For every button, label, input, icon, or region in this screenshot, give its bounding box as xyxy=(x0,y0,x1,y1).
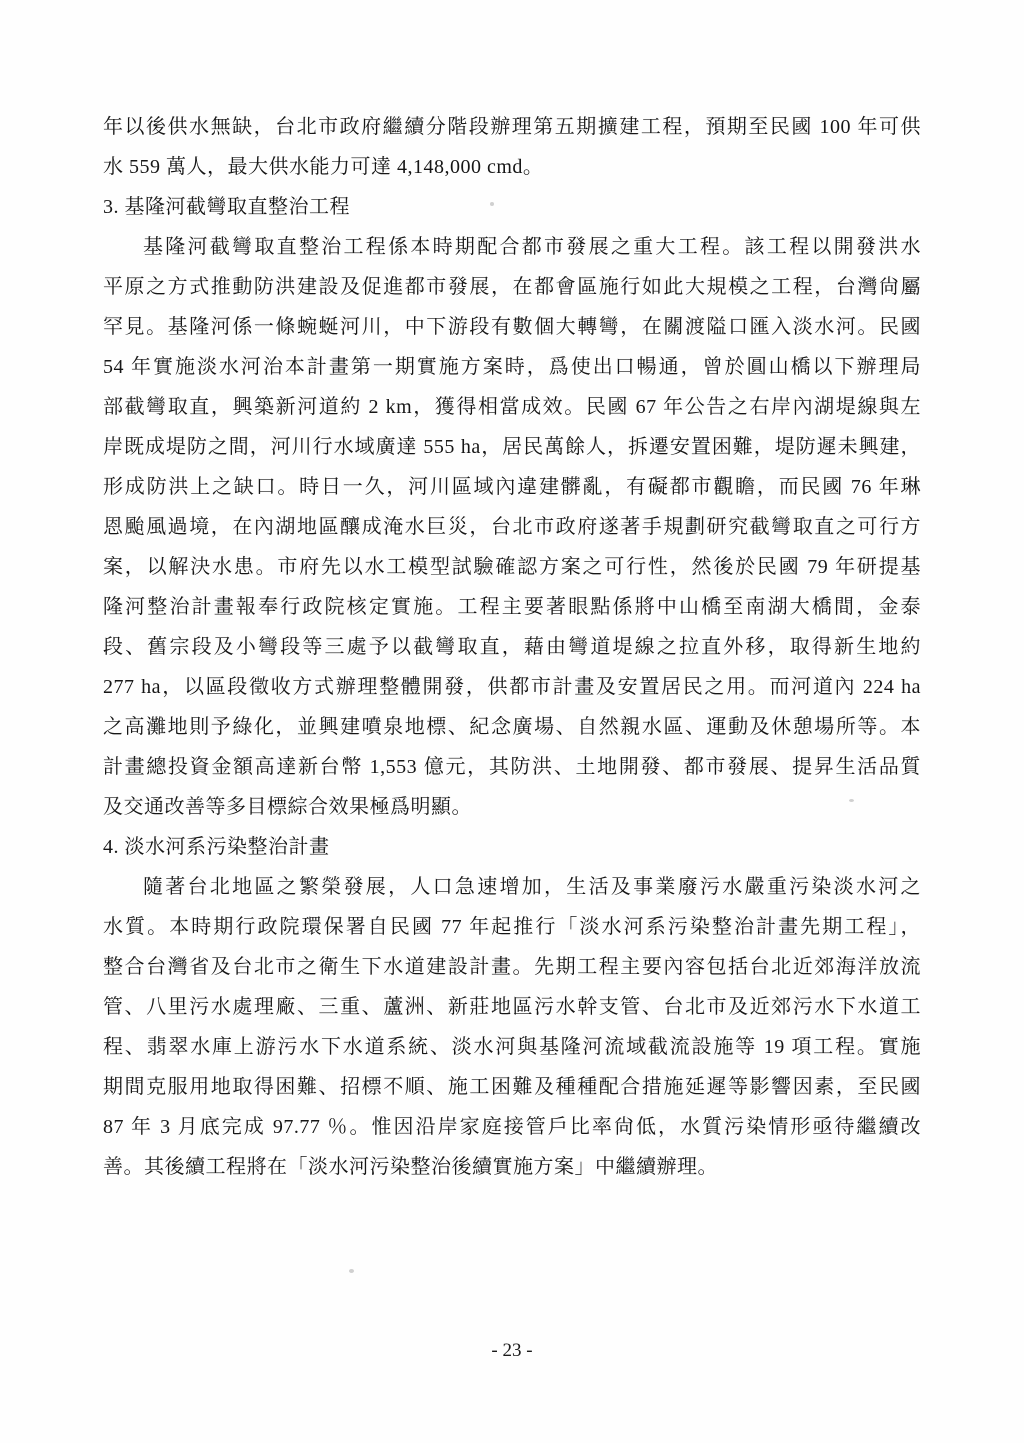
scan-speck xyxy=(349,1269,354,1273)
text-line: 程、翡翠水庫上游污水下水道系統、淡水河與基隆河流域截流設施等 19 項工程。實施 xyxy=(103,1027,921,1067)
text-line: 之高灘地則予綠化，並興建噴泉地標、紀念廣場、自然親水區、運動及休憩場所等。本 xyxy=(103,707,921,747)
text-line: 部截彎取直，興築新河道約 2 km，獲得相當成效。民國 67 年公告之右岸內湖堤… xyxy=(103,387,921,427)
text-line: 計畫總投資金額高達新台幣 1,553 億元，其防洪、土地開發、都市發展、提昇生活… xyxy=(103,747,921,787)
document-page: 年以後供水無缺，台北市政府繼續分階段辦理第五期擴建工程，預期至民國 100 年可… xyxy=(0,0,1024,1443)
section-heading: 3. 基隆河截彎取直整治工程 xyxy=(103,187,921,227)
content: 年以後供水無缺，台北市政府繼續分階段辦理第五期擴建工程，預期至民國 100 年可… xyxy=(103,107,921,1187)
text-line: 基隆河截彎取直整治工程係本時期配合都市發展之重大工程。該工程以開發洪水 xyxy=(103,227,921,267)
text-line: 罕見。基隆河係一條蜿蜒河川，中下游段有數個大轉彎，在關渡隘口匯入淡水河。民國 xyxy=(103,307,921,347)
text-line: 善。其後續工程將在「淡水河污染整治後續實施方案」中繼續辦理。 xyxy=(103,1147,921,1187)
text-line: 及交通改善等多目標綜合效果極爲明顯。 xyxy=(103,787,921,827)
text-line: 年以後供水無缺，台北市政府繼續分階段辦理第五期擴建工程，預期至民國 100 年可… xyxy=(103,107,921,147)
text-line: 隨著台北地區之繁榮發展，人口急速增加，生活及事業廢污水嚴重污染淡水河之 xyxy=(103,867,921,907)
text-line: 水 559 萬人，最大供水能力可達 4,148,000 cmd。 xyxy=(103,147,921,187)
text-line: 水質。本時期行政院環保署自民國 77 年起推行「淡水河系污染整治計畫先期工程」， xyxy=(103,907,921,947)
text-line: 形成防洪上之缺口。時日一久，河川區域內違建髒亂，有礙都市觀瞻，而民國 76 年琳 xyxy=(103,467,921,507)
text-line: 恩颱風過境，在內湖地區釀成淹水巨災，台北市政府遂著手規劃研究截彎取直之可行方 xyxy=(103,507,921,547)
text-line: 岸既成堤防之間，河川行水域廣達 555 ha，居民萬餘人，拆遷安置困難，堤防遲未… xyxy=(103,427,921,467)
text-line: 管、八里污水處理廠、三重、蘆洲、新莊地區污水幹支管、台北市及近郊污水下水道工 xyxy=(103,987,921,1027)
text-line: 段、舊宗段及小彎段等三處予以截彎取直，藉由彎道堤線之拉直外移，取得新生地約 xyxy=(103,627,921,667)
text-line: 277 ha，以區段徵收方式辦理整體開發，供都市計畫及安置居民之用。而河道內 2… xyxy=(103,667,921,707)
text-line: 整合台灣省及台北市之衛生下水道建設計畫。先期工程主要內容包括台北近郊海洋放流 xyxy=(103,947,921,987)
text-line: 平原之方式推動防洪建設及促進都市發展，在都會區施行如此大規模之工程，台灣尙屬 xyxy=(103,267,921,307)
page-number: - 23 - xyxy=(0,1338,1024,1364)
scan-speck xyxy=(849,799,854,802)
text-line: 隆河整治計畫報奉行政院核定實施。工程主要著眼點係將中山橋至南湖大橋間，金泰 xyxy=(103,587,921,627)
text-line: 54 年實施淡水河治本計畫第一期實施方案時，爲使出口暢通，曾於圓山橋以下辦理局 xyxy=(103,347,921,387)
text-line: 期間克服用地取得困難、招標不順、施工困難及種種配合措施延遲等影響因素，至民國 xyxy=(103,1067,921,1107)
text-line: 87 年 3 月底完成 97.77 ％。惟因沿岸家庭接管戶比率尙低，水質污染情形… xyxy=(103,1107,921,1147)
text-line: 案，以解決水患。市府先以水工模型試驗確認方案之可行性，然後於民國 79 年研提基 xyxy=(103,547,921,587)
scan-speck xyxy=(490,202,494,206)
section-heading: 4. 淡水河系污染整治計畫 xyxy=(103,827,921,867)
